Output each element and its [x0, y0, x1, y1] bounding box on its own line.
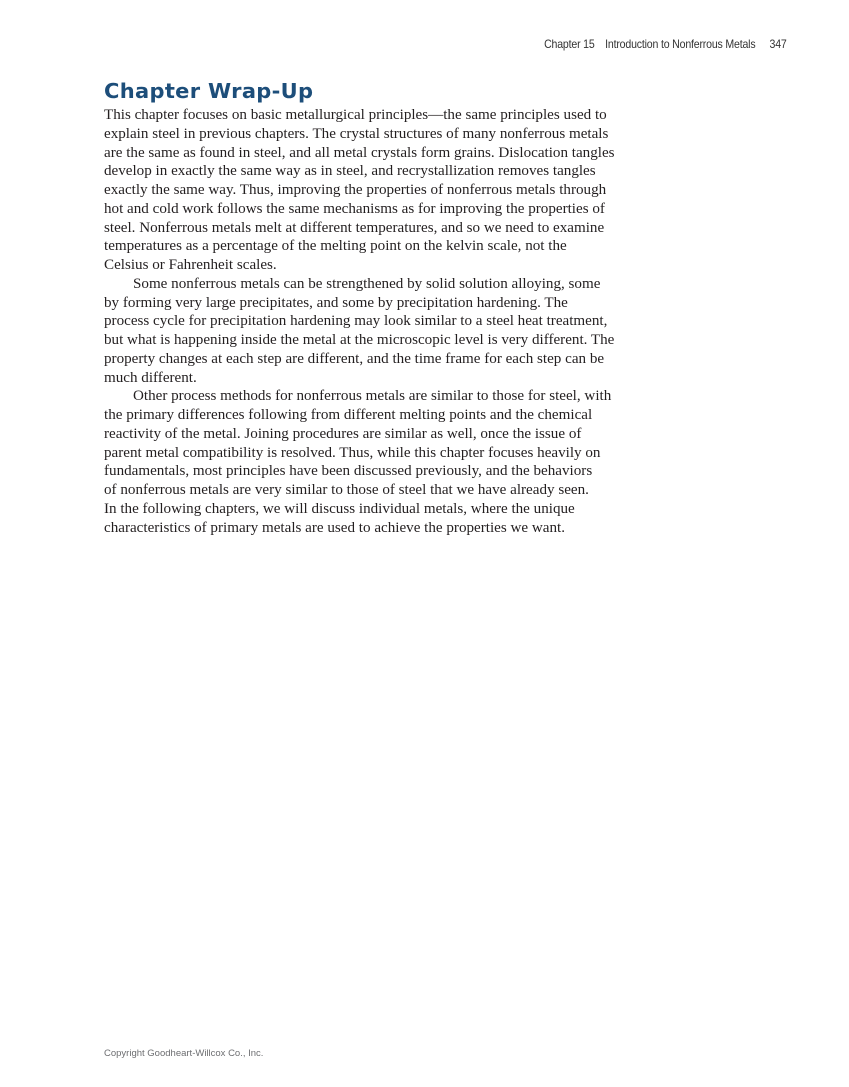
paragraph-3-line-6: of nonferrous metals are very similar to…: [104, 481, 624, 500]
paragraph-1-line-5: exactly the same way. Thus, improving th…: [104, 181, 624, 200]
page-number: 347: [770, 37, 787, 51]
paragraph-1-line-4: develop in exactly the same way as in st…: [104, 162, 624, 181]
running-header: Chapter 15Introduction to Nonferrous Met…: [544, 37, 787, 51]
paragraph-1-line-8: temperatures as a percentage of the melt…: [104, 237, 624, 256]
paragraph-2-line-4: but what is happening inside the metal a…: [104, 331, 624, 350]
paragraph-2-line-2: by forming very large precipitates, and …: [104, 294, 624, 313]
chapter-title: Introduction to Nonferrous Metals: [606, 37, 756, 51]
copyright-footer: Copyright Goodheart-Willcox Co., Inc.: [104, 1048, 263, 1059]
section-heading: Chapter Wrap-Up: [104, 79, 313, 103]
paragraph-1-line-9: Celsius or Fahrenheit scales.: [104, 256, 624, 275]
paragraph-1-line-2: explain steel in previous chapters. The …: [104, 125, 624, 144]
paragraph-3-line-3: reactivity of the metal. Joining procedu…: [104, 425, 624, 444]
paragraph-2-line-3: process cycle for precipitation hardenin…: [104, 312, 624, 331]
paragraph-1-line-1: This chapter focuses on basic metallurgi…: [104, 106, 624, 125]
paragraph-2-line-6: much different.: [104, 369, 624, 388]
paragraph-1-line-3: are the same as found in steel, and all …: [104, 144, 624, 163]
paragraph-3-line-2: the primary differences following from d…: [104, 406, 624, 425]
paragraph-3-line-1: Other process methods for nonferrous met…: [104, 387, 624, 406]
paragraph-1-line-7: steel. Nonferrous metals melt at differe…: [104, 219, 624, 238]
section-body: This chapter focuses on basic metallurgi…: [104, 106, 624, 537]
paragraph-3-line-5: fundamentals, most principles have been …: [104, 462, 624, 481]
paragraph-3-line-8: characteristics of primary metals are us…: [104, 519, 624, 538]
paragraph-1-line-6: hot and cold work follows the same mecha…: [104, 200, 624, 219]
paragraph-3-line-4: parent metal compatibility is resolved. …: [104, 444, 624, 463]
paragraph-2-line-5: property changes at each step are differ…: [104, 350, 624, 369]
paragraph-2-line-1: Some nonferrous metals can be strengthen…: [104, 275, 624, 294]
chapter-label: Chapter 15: [544, 37, 594, 51]
paragraph-3-line-7: In the following chapters, we will discu…: [104, 500, 624, 519]
